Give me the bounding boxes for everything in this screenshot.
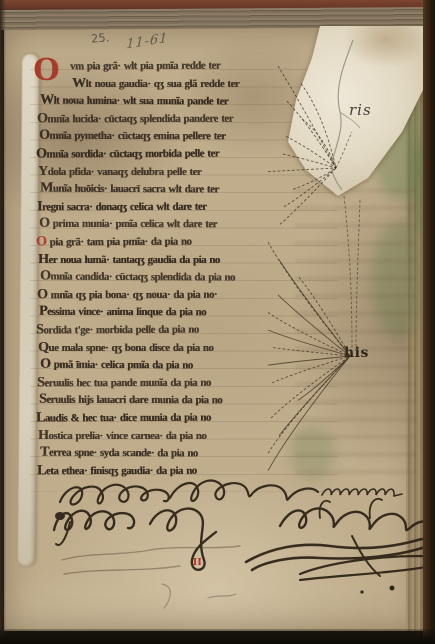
tie-lines-fan	[268, 66, 360, 471]
ink-overlay	[0, 0, 435, 644]
manuscript-photo: O vm pia grã· wlt pia pmĩa redde terWlt …	[0, 0, 435, 644]
faint-underwriting	[62, 546, 240, 574]
shadow-bottom-edge	[0, 629, 435, 644]
shadow-left-edge	[0, 0, 6, 644]
pen-scribbles	[54, 480, 432, 593]
pencil-doodles	[162, 584, 236, 608]
binding-right-edge	[423, 0, 435, 644]
